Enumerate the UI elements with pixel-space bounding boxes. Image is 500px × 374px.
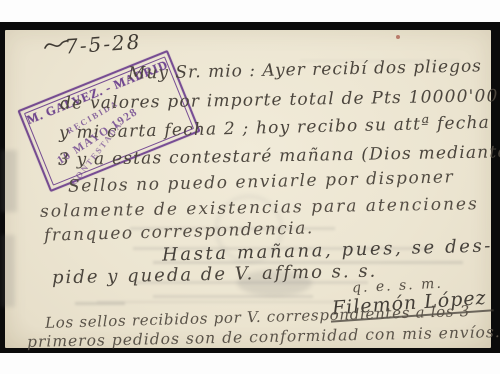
handwritten-line: solamente de existencias para atenciones <box>40 194 479 222</box>
corner-date: 7-5-28 <box>64 29 142 58</box>
handwritten-line: pide y queda de V. affmo s. s. <box>52 261 378 289</box>
ink-smudge <box>75 302 125 305</box>
ink-smudge <box>97 301 337 303</box>
postcard: 7-5-28 M. GALVEZ. - MADRID RECIBIDA 10 M… <box>5 30 491 348</box>
handwritten-line: Sellos no puedo enviarle por disponer <box>68 167 455 196</box>
ink-smudge <box>1 150 17 212</box>
ink-smudge <box>1 235 15 307</box>
handwritten-line: Muy Sr. mio : Ayer recibí dos pliegos <box>128 56 482 83</box>
ink-smudge <box>153 295 313 298</box>
postcard-scan-view: 7-5-28 M. GALVEZ. - MADRID RECIBIDA 10 M… <box>0 0 500 374</box>
ink-speck <box>396 35 400 39</box>
